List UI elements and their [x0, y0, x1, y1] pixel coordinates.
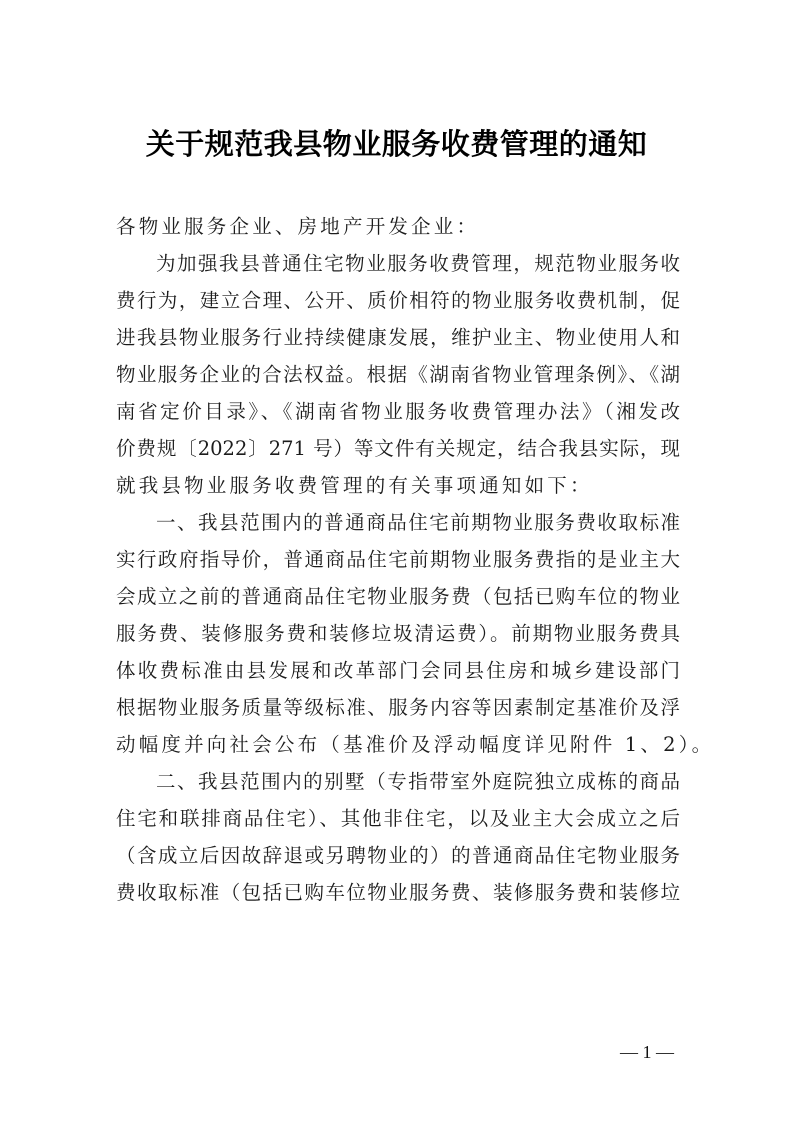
document-body: 各物业服务企业、房地产开发企业： 为加强我县普通住宅物业服务收费管理，规范物业服… — [116, 208, 680, 911]
paragraph-1-line-2: 费行为，建立合理、公开、质价相符的物业服务收费机制，促 — [116, 282, 680, 319]
salutation: 各物业服务企业、房地产开发企业： — [116, 208, 680, 245]
paragraph-1-line-4: 物业服务企业的合法权益。根据《湖南省物业管理条例》、《湖 — [116, 356, 680, 393]
paragraph-2-line-6: 根据物业服务质量等级标准、服务内容等因素制定基准价及浮 — [116, 689, 680, 726]
paragraph-3-line-3: （含成立后因故辞退或另聘物业的）的普通商品住宅物业服务 — [116, 837, 680, 874]
paragraph-3-line-4: 费收取标准（包括已购车位物业服务费、装修服务费和装修垃 — [116, 874, 680, 911]
paragraph-2-line-2: 实行政府指导价，普通商品住宅前期物业服务费指的是业主大 — [116, 541, 680, 578]
paragraph-1-line-3: 进我县物业服务行业持续健康发展，维护业主、物业使用人和 — [116, 319, 680, 356]
page-number: — 1 — — [620, 1042, 674, 1063]
paragraph-2-line-4: 服务费、装修服务费和装修垃圾清运费）。前期物业服务费具 — [116, 615, 680, 652]
paragraph-1-line-7: 就我县物业服务收费管理的有关事项通知如下： — [116, 467, 680, 504]
paragraph-1-line-6: 价费规〔2022〕271 号）等文件有关规定，结合我县实际，现 — [116, 430, 680, 467]
document-title: 关于规范我县物业服务收费管理的通知 — [0, 124, 793, 164]
paragraph-2-line-5: 体收费标准由县发展和改革部门会同县住房和城乡建设部门 — [116, 652, 680, 689]
paragraph-1-line-5: 南省定价目录》、《湖南省物业服务收费管理办法》（湘发改 — [116, 393, 680, 430]
paragraph-3-line-1: 二、我县范围内的别墅（专指带室外庭院独立成栋的商品 — [116, 763, 680, 800]
paragraph-2-line-7: 动幅度并向社会公布（基准价及浮动幅度详见附件 1、2）。 — [116, 726, 680, 763]
paragraph-3-line-2: 住宅和联排商品住宅）、其他非住宅，以及业主大会成立之后 — [116, 800, 680, 837]
document-page: 关于规范我县物业服务收费管理的通知 各物业服务企业、房地产开发企业： 为加强我县… — [0, 0, 793, 1122]
paragraph-2-line-1: 一、我县范围内的普通商品住宅前期物业服务费收取标准 — [116, 504, 680, 541]
paragraph-2-line-3: 会成立之前的普通商品住宅物业服务费（包括已购车位的物业 — [116, 578, 680, 615]
paragraph-1-line-1: 为加强我县普通住宅物业服务收费管理，规范物业服务收 — [116, 245, 680, 282]
